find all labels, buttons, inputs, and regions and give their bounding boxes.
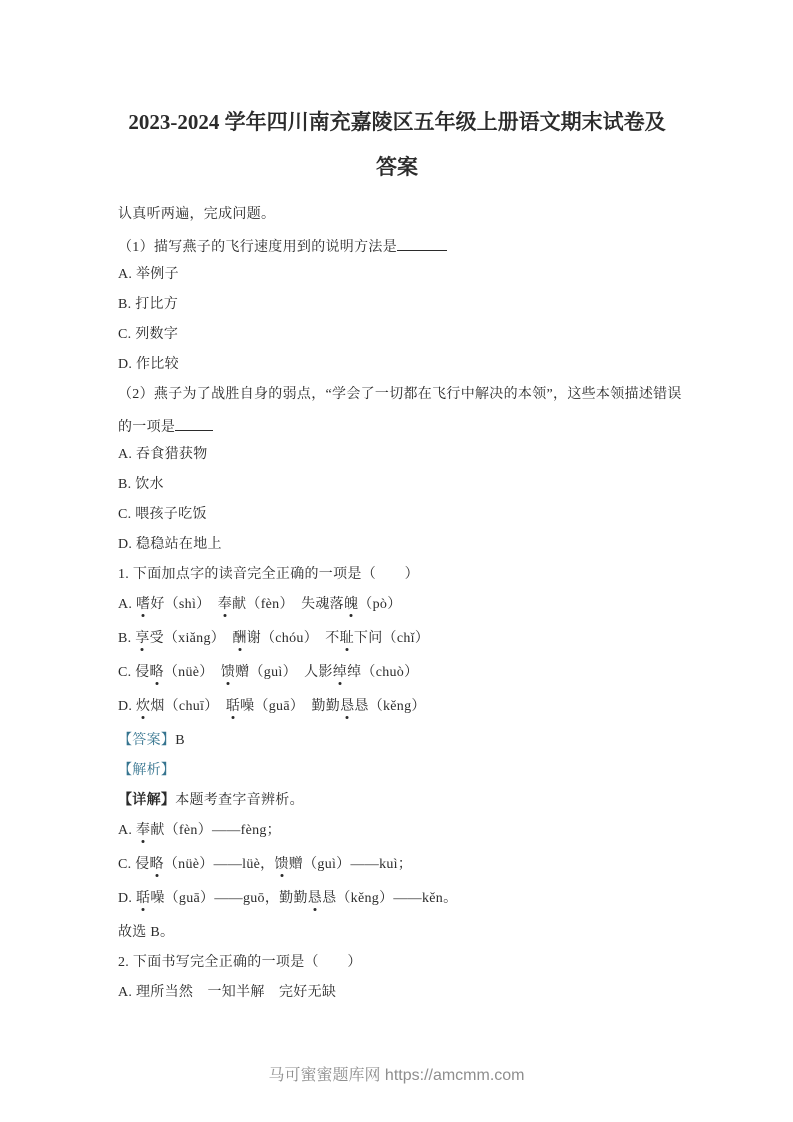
sub1-option-b: B. 打比方 bbox=[118, 297, 676, 312]
text-segment: B. 饮水 bbox=[118, 477, 164, 492]
document-lines: 认真听两遍，完成问题。（1）描写燕子的飞行速度用到的说明方法是A. 举例子B. … bbox=[118, 207, 676, 1000]
text-segment: 2. 下面书写完全正确的一项是（ ） bbox=[118, 955, 362, 970]
q2-option-a: A. 理所当然 一知半解 完好无缺 bbox=[118, 985, 676, 1000]
expl-option-a: A. 奉献（fèn）——fèng； bbox=[118, 823, 676, 838]
text-segment: 炊 bbox=[136, 699, 150, 714]
text-segment: 魄 bbox=[344, 597, 358, 612]
text-segment: D. 稳稳站在地上 bbox=[118, 537, 222, 552]
text-segment: 【详解】 bbox=[118, 793, 175, 808]
text-segment: 献（fèn） 失魂落 bbox=[232, 597, 344, 612]
text-segment: 的一项是 bbox=[118, 420, 175, 435]
text-segment: 本题考查字音辨析。 bbox=[175, 793, 304, 808]
text-segment: 恳（kěng） bbox=[354, 699, 425, 714]
sub1-option-c: C. 列数字 bbox=[118, 327, 676, 342]
text-segment: D. bbox=[118, 891, 136, 906]
text-segment: 奉 bbox=[136, 823, 150, 838]
text-segment: 赠（guì） 人影 bbox=[235, 665, 333, 680]
text-segment: 耻 bbox=[340, 631, 354, 646]
text-segment: 绰（chuò） bbox=[347, 665, 418, 680]
text-segment: C. 侵 bbox=[118, 665, 150, 680]
question-1: 1. 下面加点字的读音完全正确的一项是（ ） bbox=[118, 567, 676, 582]
sub-question-1: （1）描写燕子的飞行速度用到的说明方法是 bbox=[118, 237, 676, 252]
text-segment: 下问（chǐ） bbox=[354, 631, 429, 646]
text-segment: （1）描写燕子的飞行速度用到的说明方法是 bbox=[118, 240, 397, 255]
sub1-option-a: A. 举例子 bbox=[118, 267, 676, 282]
text-segment: 恳 bbox=[340, 699, 354, 714]
sub-question-2-line1: （2）燕子为了战胜自身的弱点，“学会了一切都在飞行中解决的本领”，这些本领描述错… bbox=[118, 387, 676, 402]
sub2-option-c: C. 喂孩子吃饭 bbox=[118, 507, 676, 522]
text-segment: 绰 bbox=[333, 665, 347, 680]
text-segment: 谢（chóu） 不 bbox=[247, 631, 340, 646]
explanation-line: 【详解】本题考查字音辨析。 bbox=[118, 793, 676, 808]
text-segment: 恳（kěng）——kěn。 bbox=[322, 891, 457, 906]
text-segment: A. bbox=[118, 597, 136, 612]
text-segment: A. 举例子 bbox=[118, 267, 179, 282]
text-segment: （nüè） bbox=[164, 665, 221, 680]
document-content: 2023-2024 学年四川南充嘉陵区五年级上册语文期末试卷及 答案 认真听两遍… bbox=[118, 100, 676, 1015]
sub2-option-a: A. 吞食猎获物 bbox=[118, 447, 676, 462]
text-segment: 聒 bbox=[136, 891, 150, 906]
text-segment: 略 bbox=[150, 857, 164, 872]
analysis-label: 【解析】 bbox=[118, 763, 676, 778]
footer-watermark: 马可蜜蜜题库网 https://amcmm.com bbox=[0, 1062, 793, 1085]
text-segment: B. bbox=[118, 631, 135, 646]
text-segment: 享 bbox=[135, 631, 149, 646]
text-segment: B. 打比方 bbox=[118, 297, 178, 312]
text-segment: D. 作比较 bbox=[118, 357, 179, 372]
text-segment: （2）燕子为了战胜自身的弱点，“学会了一切都在飞行中解决的本领”，这些本领描述错… bbox=[118, 387, 682, 402]
q1-option-b: B. 享受（xiǎng） 酬谢（chóu） 不耻下问（chǐ） bbox=[118, 631, 676, 646]
expl-option-d: D. 聒噪（guā）——guō，勤勤恳恳（kěng）——kěn。 bbox=[118, 891, 676, 906]
sub1-option-d: D. 作比较 bbox=[118, 357, 676, 372]
text-segment: 故选 B。 bbox=[118, 925, 174, 940]
text-segment: 献（fèn）——fèng； bbox=[150, 823, 281, 838]
text-segment: A. 理所当然 一知半解 完好无缺 bbox=[118, 985, 336, 1000]
text-segment: 烟（chuī） bbox=[150, 699, 226, 714]
text-segment: 噪（guā） 勤勤 bbox=[240, 699, 340, 714]
text-segment: 赠（guì）——kuì； bbox=[289, 857, 412, 872]
answer-line: 【答案】B bbox=[118, 733, 676, 748]
text-segment: C. 喂孩子吃饭 bbox=[118, 507, 207, 522]
text-segment: 【解析】 bbox=[118, 763, 175, 778]
document-title-line1: 2023-2024 学年四川南充嘉陵区五年级上册语文期末试卷及 bbox=[118, 100, 676, 145]
text-segment: 略 bbox=[150, 665, 164, 680]
question-2: 2. 下面书写完全正确的一项是（ ） bbox=[118, 955, 676, 970]
text-segment: 嗜 bbox=[136, 597, 150, 612]
text-segment: B bbox=[175, 733, 185, 748]
text-segment: （nüè）——lüè， bbox=[164, 857, 275, 872]
text-segment: 馈 bbox=[274, 857, 288, 872]
text-segment: 奉 bbox=[218, 597, 232, 612]
text-segment: 好（shì） bbox=[150, 597, 217, 612]
text-segment: C. 列数字 bbox=[118, 327, 178, 342]
q1-option-c: C. 侵略（nüè） 馈赠（guì） 人影绰绰（chuò） bbox=[118, 665, 676, 680]
q1-option-d: D. 炊烟（chuī） 聒噪（guā） 勤勤恳恳（kěng） bbox=[118, 699, 676, 714]
text-segment: 酬 bbox=[232, 631, 246, 646]
text-segment: A. bbox=[118, 823, 136, 838]
q1-option-a: A. 嗜好（shì） 奉献（fèn） 失魂落魄（pò） bbox=[118, 597, 676, 612]
text-segment: C. 侵 bbox=[118, 857, 150, 872]
text-segment: A. 吞食猎获物 bbox=[118, 447, 208, 462]
expl-option-c: C. 侵略（nüè）——lüè，馈赠（guì）——kuì； bbox=[118, 857, 676, 872]
text-segment: 受（xiǎng） bbox=[150, 631, 233, 646]
text-segment: 【答案】 bbox=[118, 733, 175, 748]
text-segment: （pò） bbox=[358, 597, 401, 612]
exam-document-page: 2023-2024 学年四川南充嘉陵区五年级上册语文期末试卷及 答案 认真听两遍… bbox=[0, 0, 793, 1122]
document-title-line2: 答案 bbox=[118, 145, 676, 190]
document-title: 2023-2024 学年四川南充嘉陵区五年级上册语文期末试卷及 答案 bbox=[118, 100, 676, 190]
text-segment: 馈 bbox=[221, 665, 235, 680]
sub2-option-b: B. 饮水 bbox=[118, 477, 676, 492]
text-segment: 1. 下面加点字的读音完全正确的一项是（ ） bbox=[118, 567, 419, 582]
listening-intro: 认真听两遍，完成问题。 bbox=[118, 207, 676, 222]
sub2-option-d: D. 稳稳站在地上 bbox=[118, 537, 676, 552]
text-segment: 聒 bbox=[226, 699, 240, 714]
blank-underline bbox=[175, 417, 213, 431]
blank-underline bbox=[397, 237, 447, 251]
text-segment: D. bbox=[118, 699, 136, 714]
text-segment: 恳 bbox=[308, 891, 322, 906]
conclusion-line: 故选 B。 bbox=[118, 925, 676, 940]
sub-question-2-line2: 的一项是 bbox=[118, 417, 676, 432]
text-segment: 噪（guā）——guō，勤勤 bbox=[150, 891, 307, 906]
text-segment: 认真听两遍，完成问题。 bbox=[118, 207, 275, 222]
